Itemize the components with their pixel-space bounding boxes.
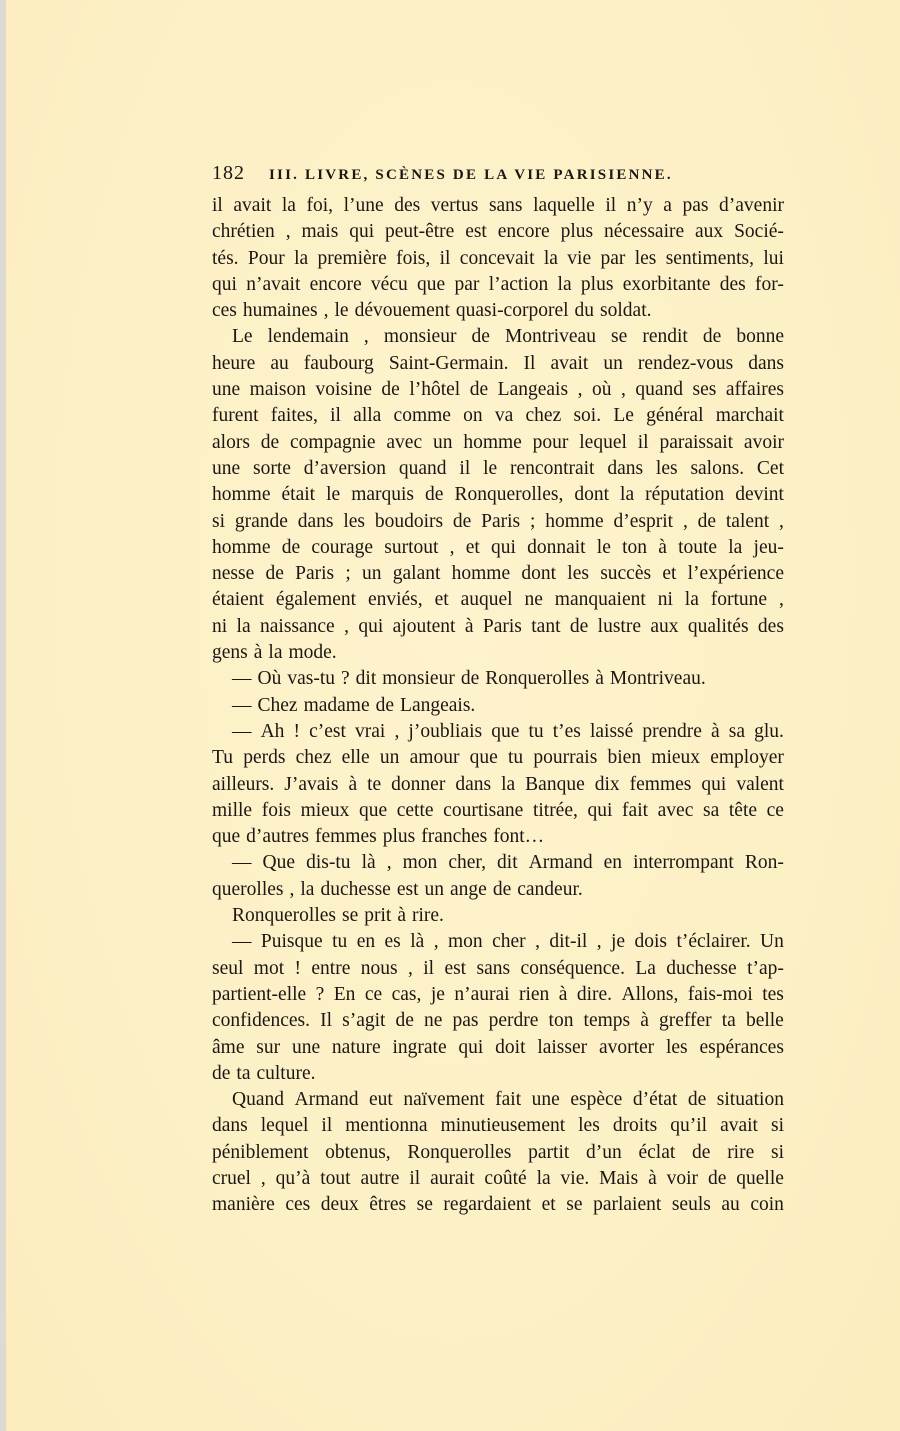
word: si — [771, 1113, 784, 1139]
word: ni — [658, 587, 673, 613]
word: succès — [600, 561, 651, 587]
word: la — [685, 587, 699, 613]
word: à — [465, 614, 474, 640]
text-line: —Ah!c’estvrai,j’oubliaisquetut’eslaissép… — [212, 719, 784, 745]
word: titrée, — [533, 798, 578, 824]
word: le — [326, 482, 340, 508]
word: coûté — [484, 1166, 526, 1192]
word: qui — [491, 535, 516, 561]
word: franches — [421, 824, 487, 850]
word: Paris — [481, 509, 520, 535]
word: nature — [332, 1035, 381, 1061]
word: dit-il — [549, 929, 587, 955]
text-line: péniblementobtenus,Ronquerollespartitd’u… — [212, 1140, 784, 1166]
word: de — [453, 509, 471, 535]
word: exorbitante — [623, 272, 711, 298]
word: alors — [212, 430, 250, 456]
word: En — [334, 982, 356, 1008]
word: tu — [508, 745, 523, 771]
word: salons. — [690, 456, 744, 482]
word: si — [771, 1140, 784, 1166]
word: , — [387, 850, 392, 876]
word: aux — [650, 614, 678, 640]
word: qui — [358, 614, 383, 640]
word: d’état — [633, 1087, 677, 1113]
word: belle — [746, 1008, 784, 1034]
word: on — [463, 403, 483, 429]
word: comme — [394, 403, 451, 429]
word: péniblement — [212, 1140, 308, 1166]
word: à — [559, 982, 568, 1008]
text-line: querolles,laduchesseestunangedecandeur. — [212, 877, 784, 903]
word: , — [578, 377, 583, 403]
word: courage — [311, 535, 373, 561]
word: une — [292, 1035, 320, 1061]
text-line: cruel,qu’àtoutautreilauraitcoûtélavie.Ma… — [212, 1166, 784, 1192]
word: une — [532, 1087, 560, 1113]
word: Ronquerolles — [407, 1140, 511, 1166]
word: te — [367, 772, 381, 798]
word: ses — [693, 377, 717, 403]
word: qui — [458, 1035, 483, 1061]
running-head: 182 III. LIVRE, SCÈNES DE LA VIE PARISIE… — [212, 162, 772, 188]
word: ne — [524, 587, 542, 613]
word: dit — [497, 850, 518, 876]
word: réputation — [645, 482, 724, 508]
word: laisser — [537, 1035, 587, 1061]
text-line: —ChezmadamedeLangeais. — [212, 693, 784, 719]
word: n’aurai — [454, 982, 509, 1008]
word: mille — [212, 798, 252, 824]
text-line: Ronquerollessepritàrire. — [212, 903, 784, 929]
word: minutieusement — [441, 1113, 566, 1139]
word: la — [237, 614, 251, 640]
word: est — [465, 219, 487, 245]
word: duchesse — [320, 877, 390, 903]
word: tête — [729, 798, 757, 824]
word: la — [537, 1166, 551, 1192]
word: bien — [608, 745, 642, 771]
word: ton — [622, 535, 647, 561]
word: je — [431, 982, 445, 1008]
word: querolles — [212, 877, 283, 903]
word: galant — [393, 561, 441, 587]
word: par — [454, 272, 479, 298]
word: avorter — [599, 1035, 654, 1061]
word: boudoirs — [375, 509, 443, 535]
word: ces — [212, 298, 237, 324]
word: un — [380, 745, 400, 771]
word: regardaient — [443, 1192, 531, 1218]
word: avec — [658, 798, 694, 824]
word: seul — [212, 956, 243, 982]
word: les — [666, 1035, 688, 1061]
word: qui — [588, 798, 613, 824]
word: le — [597, 535, 611, 561]
word: sentiments, — [666, 246, 754, 272]
text-line: âmesurunenatureingratequidoitlaisseravor… — [212, 1035, 784, 1061]
word: faubourg — [304, 351, 374, 377]
word: dix — [595, 772, 620, 798]
word: Armand — [295, 1087, 359, 1113]
word: lustre — [598, 614, 641, 640]
word: Armand — [529, 850, 593, 876]
word: Montriveau — [505, 324, 596, 350]
word: , — [261, 1166, 266, 1192]
word: prit — [364, 903, 391, 929]
word: de — [698, 509, 716, 535]
word: soldat. — [600, 298, 651, 324]
word: marquis — [351, 482, 414, 508]
running-head-title: III. LIVRE, SCÈNES DE LA VIE PARISIENNE. — [269, 167, 673, 184]
word: ailleurs. — [212, 772, 274, 798]
word: les — [656, 456, 678, 482]
word: nous — [361, 956, 398, 982]
word: glu. — [754, 719, 784, 745]
word: — — [232, 929, 252, 955]
word: soi. — [573, 403, 601, 429]
word: partient-elle — [212, 982, 306, 1008]
word: n’y — [627, 193, 653, 219]
word: et — [662, 561, 676, 587]
word: t’es — [553, 719, 581, 745]
word: d’autres — [246, 824, 309, 850]
word: elle — [342, 745, 370, 771]
word: enviés, — [368, 587, 423, 613]
word: pas — [682, 193, 708, 219]
word: ingrate — [392, 1035, 446, 1061]
word: partit — [528, 1140, 569, 1166]
text-line: ceshumaines,ledévouementquasi-corporeldu… — [212, 298, 784, 324]
word: qui — [212, 272, 237, 298]
word: cher, — [448, 850, 486, 876]
word: si — [212, 509, 225, 535]
word: Quand — [232, 1087, 284, 1113]
word: amour — [410, 745, 460, 771]
word: , — [289, 877, 294, 903]
word: lendemain — [268, 324, 349, 350]
word: de — [212, 1061, 230, 1087]
word: devint — [735, 482, 784, 508]
word: avait — [550, 351, 588, 377]
word: Mais — [599, 1166, 638, 1192]
word: où — [592, 377, 612, 403]
text-line: Lelendemain,monsieurdeMontriveauserendit… — [212, 324, 784, 350]
word: était — [282, 482, 316, 508]
word: espèce — [570, 1087, 622, 1113]
word: plus — [561, 219, 594, 245]
word: aux — [695, 219, 723, 245]
word: qui — [701, 772, 726, 798]
word: rien — [519, 982, 549, 1008]
page-number: 182 — [212, 162, 245, 185]
word: qu’il — [670, 1113, 707, 1139]
word: dans — [607, 456, 643, 482]
word: de — [703, 324, 721, 350]
word: rendez-vous — [638, 351, 733, 377]
word: du — [575, 298, 595, 324]
word: duchesse — [666, 956, 736, 982]
word: lequel — [579, 430, 627, 456]
word: à — [658, 535, 667, 561]
word: dit — [356, 666, 377, 692]
word: voir — [667, 1166, 698, 1192]
text-line: detaculture. — [212, 1061, 784, 1087]
word: humaines — [243, 298, 318, 324]
word: perdre — [489, 1008, 539, 1034]
word: talent — [726, 509, 769, 535]
word: droits — [613, 1113, 657, 1139]
word: madame — [304, 693, 370, 719]
word: paraissait — [659, 430, 733, 456]
word: , — [597, 929, 602, 955]
word: de — [688, 1087, 706, 1113]
word: voisine — [316, 377, 372, 403]
word: — — [232, 666, 252, 692]
word: La — [635, 956, 656, 982]
word: affaires — [726, 377, 784, 403]
word: fois, — [396, 246, 430, 272]
word: pour — [533, 430, 569, 456]
word: l’action — [489, 272, 549, 298]
word: dont — [521, 561, 556, 587]
word: à — [397, 903, 406, 929]
word: jeu- — [754, 535, 784, 561]
word: Ah — [261, 719, 285, 745]
text-line: chrétien,maisquipeut-êtreestencoreplusné… — [212, 219, 784, 245]
word: général — [646, 403, 703, 429]
word: mieux — [301, 798, 350, 824]
word: homme — [463, 430, 522, 456]
word: Paris — [483, 614, 522, 640]
word: valent — [736, 772, 784, 798]
word: la — [501, 772, 515, 798]
word: donnait — [527, 535, 586, 561]
word: éclat — [639, 1140, 676, 1166]
word: rendit — [642, 324, 687, 350]
word: au — [721, 1192, 739, 1218]
word: dans — [455, 772, 491, 798]
word: mais — [301, 219, 338, 245]
text-line: —Puisquetueneslà,moncher,dit-il,jedoist’… — [212, 929, 784, 955]
word: dont — [574, 482, 609, 508]
word: de — [692, 1140, 710, 1166]
word: un — [425, 877, 445, 903]
word: il — [212, 193, 223, 219]
word: fortune — [711, 587, 767, 613]
word: que — [491, 719, 519, 745]
word: naïvement — [403, 1087, 484, 1113]
word: Il — [320, 1008, 332, 1034]
word: Le — [613, 403, 634, 429]
word: for- — [755, 272, 784, 298]
word: laquelle — [533, 193, 595, 219]
word: fait — [622, 798, 648, 824]
word: manquaient — [555, 587, 646, 613]
word: sans — [476, 956, 510, 982]
word: tés. — [212, 246, 239, 272]
word: nécessaire — [604, 219, 684, 245]
word: chez — [296, 745, 332, 771]
word: à — [254, 640, 263, 666]
word: seuls — [672, 1192, 711, 1218]
word: peut-être — [385, 219, 454, 245]
text-line: ilavaitlafoi,l’unedesvertussanslaquellei… — [212, 193, 784, 219]
word: ta — [236, 1061, 250, 1087]
word: mon — [403, 850, 438, 876]
word: Le — [232, 324, 253, 350]
word: qualités — [688, 614, 749, 640]
word: de — [376, 693, 394, 719]
word: t’ap- — [747, 956, 784, 982]
word: naissance — [260, 614, 335, 640]
word: et — [435, 587, 449, 613]
word: âme — [212, 1035, 244, 1061]
word: le — [335, 298, 349, 324]
word: interrompant — [633, 850, 734, 876]
word: de — [265, 561, 283, 587]
word: Ronquerolles, — [454, 482, 563, 508]
word: Paris — [295, 561, 334, 587]
text-line: nilanaissance,quiajoutentàParistantdelus… — [212, 614, 784, 640]
word: étaient — [212, 587, 264, 613]
word: ; — [530, 509, 535, 535]
text-line: danslequelilmentionnaminutieusementlesdr… — [212, 1113, 784, 1139]
text-line: unesorted’aversionquandillerencontraitda… — [212, 456, 784, 482]
word: il — [409, 1166, 420, 1192]
word: lui — [763, 246, 784, 272]
word: confidences. — [212, 1008, 310, 1034]
word: parlaient — [593, 1192, 661, 1218]
word: , — [394, 719, 399, 745]
word: furent — [212, 403, 259, 429]
word: marchait — [716, 403, 784, 429]
word: nesse — [212, 561, 254, 587]
word: se — [566, 1192, 582, 1218]
word: dire. — [577, 982, 612, 1008]
word: ces — [285, 1192, 310, 1218]
word: première — [318, 246, 387, 272]
word: tu — [332, 929, 347, 955]
word: plus — [581, 272, 614, 298]
word: ni — [212, 614, 227, 640]
word: auquel — [461, 587, 513, 613]
word: la — [268, 640, 282, 666]
word: culture. — [256, 1061, 315, 1087]
word: Montriveau. — [610, 666, 706, 692]
word: cher — [492, 929, 526, 955]
word: il — [440, 246, 451, 272]
word: encore — [498, 219, 550, 245]
word: Pour — [248, 246, 285, 272]
word: bonne — [736, 324, 784, 350]
word: à — [648, 1166, 657, 1192]
word: ! — [295, 956, 302, 982]
word: grande — [235, 509, 288, 535]
word: courtisane — [443, 798, 523, 824]
word: au — [270, 351, 288, 377]
word: Banque — [525, 772, 585, 798]
word: que — [470, 745, 498, 771]
word: sur — [256, 1035, 280, 1061]
word: dois — [635, 929, 668, 955]
word: , — [364, 324, 369, 350]
word: homme — [212, 535, 271, 561]
word: va — [495, 403, 513, 429]
word: laissé — [590, 719, 633, 745]
word: sans — [489, 193, 523, 219]
word: Langeais — [498, 377, 568, 403]
word: de — [461, 666, 479, 692]
word: rire — [727, 1140, 754, 1166]
word: j’oubliais — [408, 719, 482, 745]
word: , — [621, 377, 626, 403]
word: monsieur — [382, 666, 455, 692]
word: manière — [212, 1192, 275, 1218]
word: Chez — [258, 693, 298, 719]
word: , — [344, 614, 349, 640]
word: Ronquerolles — [485, 666, 589, 692]
word: fois — [262, 798, 291, 824]
word: compagnie — [290, 430, 376, 456]
word: femmes — [630, 772, 692, 798]
word: chrétien — [212, 219, 275, 245]
word: homme — [545, 509, 604, 535]
word: greffer — [659, 1008, 712, 1034]
word: gens — [212, 640, 248, 666]
word: un — [433, 430, 453, 456]
word: il — [321, 1113, 332, 1139]
word: tout — [320, 1166, 350, 1192]
word: — — [232, 719, 252, 745]
word: dévouement — [355, 298, 450, 324]
word: il — [605, 193, 616, 219]
word: es — [385, 929, 401, 955]
word: se — [417, 1192, 433, 1218]
word: des — [720, 272, 746, 298]
word: avoir — [744, 430, 784, 456]
word: et — [466, 535, 480, 561]
word: qui — [349, 219, 374, 245]
text-line: furentfaites,ilallacommeonvachezsoi.Legé… — [212, 403, 784, 429]
text-line: seulmot!entrenous,ilestsansconséquence.L… — [212, 956, 784, 982]
word: d’aversion — [304, 456, 386, 482]
word: il — [330, 403, 341, 429]
word: situation — [717, 1087, 784, 1113]
word: faites, — [271, 403, 318, 429]
word: quelle — [736, 1166, 784, 1192]
word: vertus — [431, 193, 479, 219]
word: êtres — [369, 1192, 406, 1218]
word: ta — [722, 1008, 736, 1034]
text-line: millefoismieuxquecettecourtisanetitrée,q… — [212, 798, 784, 824]
word: ce — [767, 798, 784, 824]
word: pourrais — [533, 745, 597, 771]
word: deux — [321, 1192, 359, 1218]
word: avait — [233, 193, 271, 219]
word: ; — [345, 561, 350, 587]
text-line: manièrecesdeuxêtresseregardaientetseparl… — [212, 1192, 784, 1218]
word: vie. — [561, 1166, 590, 1192]
word: , — [450, 535, 455, 561]
word: obtenus, — [325, 1140, 391, 1166]
text-line: hommeétaitlemarquisdeRonquerolles,dontla… — [212, 482, 784, 508]
word: ce — [365, 982, 382, 1008]
word: sorte — [253, 456, 291, 482]
word: doit — [495, 1035, 525, 1061]
word: tu — [528, 719, 543, 745]
word: à — [348, 772, 357, 798]
